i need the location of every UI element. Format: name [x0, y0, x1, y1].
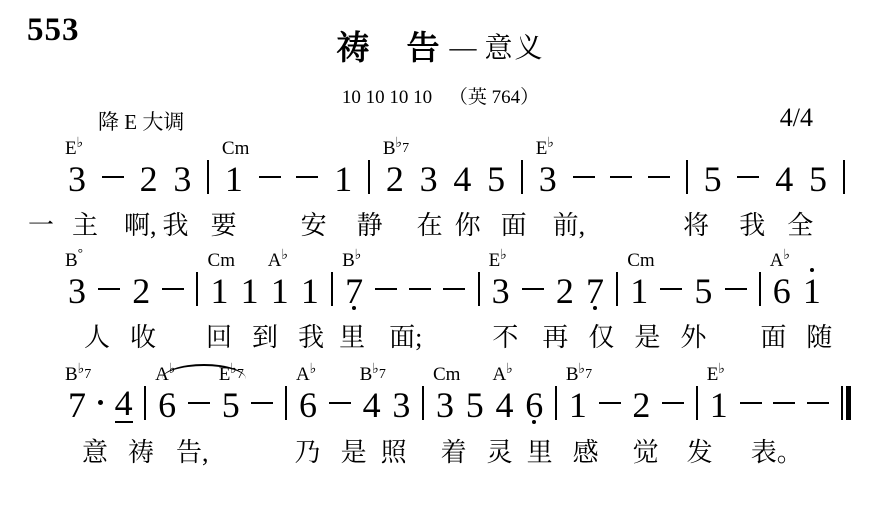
note-token: 5	[487, 161, 505, 197]
flat-sign: ♭	[282, 248, 289, 263]
chord-root: E	[536, 138, 548, 159]
dash-token	[329, 402, 351, 404]
note-token: 3B°	[68, 273, 86, 309]
chord-root: m	[220, 250, 235, 271]
lyric-char: 我	[163, 210, 189, 241]
dash-token	[807, 402, 829, 404]
note-token: 1	[301, 273, 319, 309]
note-token: 2B♭7	[386, 161, 404, 197]
chord-root: C	[433, 364, 446, 385]
final-barline-thick	[846, 386, 851, 420]
note-token: 1E♭	[710, 387, 728, 423]
dash-token	[740, 402, 762, 404]
note-token: 1	[803, 273, 821, 309]
lyric-char: 面	[501, 210, 527, 241]
dash-token	[162, 288, 184, 290]
chord-label: Cm	[433, 365, 460, 384]
note-token: 3E♭	[539, 161, 557, 197]
note-token: 3	[173, 161, 191, 197]
chord-number: 7	[237, 367, 244, 382]
barline	[555, 386, 557, 420]
chord-label: B♭7	[566, 363, 592, 384]
note-token: 1	[334, 161, 352, 197]
barline	[616, 272, 618, 306]
flat-sign: ♭	[500, 248, 507, 263]
chord-root: A	[493, 364, 507, 385]
lyric-char: 前,	[553, 210, 586, 241]
octave-dot	[593, 306, 597, 310]
lyric-char: 表。	[751, 437, 803, 468]
note-token: 6A♭	[773, 273, 791, 309]
note-token: 5	[694, 273, 712, 309]
octave-dot	[352, 306, 356, 310]
flat-sign: ♭	[547, 136, 554, 151]
chord-root: B	[65, 364, 78, 385]
dash-token	[662, 402, 684, 404]
chord-root: C	[208, 250, 221, 271]
chord-root: E	[65, 138, 77, 159]
barline	[686, 160, 688, 194]
flat-sign: ♭	[372, 362, 379, 377]
dash-token	[443, 288, 465, 290]
dash-token	[737, 176, 759, 178]
dash-token	[648, 176, 670, 178]
dash-token	[409, 288, 431, 290]
lyric-char: 啊,	[124, 210, 157, 241]
note-token: 7B♭	[345, 273, 363, 309]
note-token: 4	[775, 161, 793, 197]
note-token: 1B♭7	[569, 387, 587, 423]
note-token: 1A♭	[271, 273, 289, 309]
note-token: 1Cm	[630, 273, 648, 309]
chord-root: B	[65, 250, 78, 271]
note-token: 4	[453, 161, 471, 197]
dash-token	[773, 402, 795, 404]
chord-root: B	[360, 364, 373, 385]
verse-number: 一	[28, 210, 54, 241]
chord-root: B	[383, 138, 396, 159]
chord-label: E♭7	[219, 363, 244, 384]
dash-token	[188, 402, 210, 404]
lyric-char: 到	[252, 322, 278, 353]
chord-label: E♭	[536, 137, 554, 158]
note-token: 1	[241, 273, 259, 309]
chord-label: B♭7	[65, 363, 91, 384]
time-signature: 4/4	[780, 103, 813, 133]
dash-token	[599, 402, 621, 404]
dash-token	[522, 288, 544, 290]
music-line-2: 3B°21Cm11A♭17B♭3E♭271Cm56A♭1	[68, 272, 821, 309]
note-token: 6A♭	[158, 387, 176, 423]
diminished-sign: °	[78, 245, 83, 260]
lyric-char: 收	[130, 322, 156, 353]
chord-label: A♭	[493, 363, 513, 384]
lyric-char: 着	[441, 437, 467, 468]
lyric-char: 告,	[176, 437, 209, 468]
chord-label: B♭7	[383, 137, 409, 158]
chord-root: m	[235, 138, 250, 159]
meter-line: 10 10 10 10 （英 764）	[0, 82, 881, 109]
final-barline	[841, 386, 851, 420]
augmentation-dot	[98, 400, 103, 405]
chord-root: m	[446, 364, 461, 385]
lyric-line-2: 人收回到我里面;不再仅是外面随	[28, 322, 832, 353]
lyric-char: 是	[634, 322, 660, 353]
dash-token	[251, 402, 273, 404]
chord-root: C	[222, 138, 235, 159]
chord-root: C	[627, 250, 640, 271]
chord-number: 7	[402, 141, 409, 156]
flat-sign: ♭	[506, 362, 513, 377]
lyric-line-3: 意祷告,乃是照着灵里感觉发表。	[28, 437, 803, 468]
music-line-1: 3E♭231Cm12B♭73453E♭545	[68, 160, 845, 197]
flat-sign: ♭	[310, 362, 317, 377]
chord-root: A	[770, 250, 784, 271]
note-token: 2	[632, 387, 650, 423]
lyric-char: 人	[84, 322, 110, 353]
chord-label: E♭	[707, 363, 725, 384]
note-token: 2	[132, 273, 150, 309]
music-line-3: 7B♭746A♭5E♭76A♭4B♭733Cm54A♭61B♭721E♭	[68, 386, 851, 423]
note-token: 6	[525, 387, 543, 423]
chord-label: Cm	[208, 251, 235, 270]
note-token: 5	[809, 161, 827, 197]
note-token: 4A♭	[496, 387, 514, 423]
barline	[196, 272, 198, 306]
lyric-char: 外	[680, 322, 706, 353]
note-token: 2	[140, 161, 158, 197]
lyric-char: 不	[492, 322, 518, 353]
barline	[478, 272, 480, 306]
lyric-char: 在	[417, 210, 443, 241]
dash-token	[296, 176, 318, 178]
dash-token	[610, 176, 632, 178]
chord-number: 7	[84, 367, 91, 382]
chord-number: 7	[379, 367, 386, 382]
chord-label: Cm	[222, 139, 249, 158]
lyric-char: 面	[760, 322, 786, 353]
note-token: 5	[704, 161, 722, 197]
lyric-char: 觉	[633, 437, 659, 468]
lyric-char: 随	[806, 322, 832, 353]
key-signature: 降 E 大调	[98, 106, 184, 136]
note-token: 2	[556, 273, 574, 309]
note-token: 1Cm	[211, 273, 229, 309]
note-token: 3E♭	[68, 161, 86, 197]
note-token: 4B♭7	[363, 387, 381, 423]
lyric-char: 将	[683, 210, 709, 241]
chord-root: B	[566, 364, 579, 385]
barline	[368, 160, 370, 194]
lyric-char: 我	[739, 210, 765, 241]
dash-token	[375, 288, 397, 290]
dash-token	[660, 288, 682, 290]
lyric-char: 要	[211, 210, 237, 241]
lyric-char: 照	[381, 437, 407, 468]
dash-token	[98, 288, 120, 290]
title-subtitle: 意义	[484, 33, 544, 64]
note-token: 3Cm	[436, 387, 454, 423]
hymn-reference: （英 764）	[449, 87, 539, 108]
note-token: 7	[586, 273, 604, 309]
lyric-char: 是	[341, 437, 367, 468]
lyric-char: 你	[455, 210, 481, 241]
title-separator: —	[449, 32, 476, 62]
chord-root: A	[296, 364, 310, 385]
chord-label: A♭	[296, 363, 316, 384]
note-token: 3E♭	[492, 273, 510, 309]
lyric-char: 全	[787, 210, 813, 241]
lyric-line-1: 一主啊,我要安静在你面前,将我全	[28, 210, 813, 241]
meter-text: 10 10 10 10	[342, 87, 432, 108]
octave-dot	[532, 420, 536, 424]
octave-dot	[810, 268, 814, 272]
barline	[843, 160, 845, 194]
dash-token	[725, 288, 747, 290]
chord-label: A♭	[268, 249, 288, 270]
chord-label: E♭	[489, 249, 507, 270]
chord-label: B♭7	[360, 363, 386, 384]
flat-sign: ♭	[718, 362, 725, 377]
note-token: 4	[115, 385, 133, 423]
note-token: 3	[392, 387, 410, 423]
chord-label: B♭	[342, 249, 361, 270]
barline	[207, 160, 209, 194]
flat-sign: ♭	[77, 136, 84, 151]
chord-number: 7	[585, 367, 592, 382]
barline	[696, 386, 698, 420]
chord-root: m	[640, 250, 655, 271]
chord-root: E	[707, 364, 719, 385]
lyric-char: 静	[357, 210, 383, 241]
note-token: 1Cm	[225, 161, 243, 197]
barline	[759, 272, 761, 306]
title-bar: 祷 告 — 意义	[0, 22, 881, 69]
flat-sign: ♭	[355, 248, 362, 263]
lyric-char: 仅	[588, 322, 614, 353]
chord-root: A	[268, 250, 282, 271]
barline	[422, 386, 424, 420]
barline	[521, 160, 523, 194]
lyric-char: 乃	[295, 437, 321, 468]
lyric-char: 面;	[389, 322, 422, 353]
flat-sign: ♭	[783, 248, 790, 263]
lyric-char: 意	[82, 437, 108, 468]
note-token: 5E♭7	[222, 387, 240, 423]
dash-token	[573, 176, 595, 178]
lyric-char: 我	[298, 322, 324, 353]
lyric-char: 主	[72, 210, 98, 241]
sheet-page: 553 祷 告 — 意义 10 10 10 10 （英 764） 降 E 大调 …	[0, 0, 881, 507]
flat-sign: ♭	[230, 362, 237, 377]
chord-root: B	[342, 250, 355, 271]
dash-token	[259, 176, 281, 178]
lyric-char: 里	[339, 322, 365, 353]
lyric-char: 感	[573, 437, 599, 468]
note-token: 6A♭	[299, 387, 317, 423]
chord-root: E	[219, 364, 231, 385]
lyric-char: 发	[687, 437, 713, 468]
barline	[144, 386, 146, 420]
lyric-char: 里	[527, 437, 553, 468]
note-token: 5	[466, 387, 484, 423]
lyric-char: 回	[206, 322, 232, 353]
chord-label: B°	[65, 246, 83, 270]
note-token: 3	[420, 161, 438, 197]
lyric-char: 再	[542, 322, 568, 353]
final-barline-thin	[841, 386, 843, 420]
hymn-title: 祷 告	[336, 31, 441, 67]
chord-label: E♭	[65, 137, 83, 158]
chord-label: A♭	[770, 249, 790, 270]
lyric-char: 灵	[487, 437, 513, 468]
chord-label: Cm	[627, 251, 654, 270]
barline	[285, 386, 287, 420]
barline	[331, 272, 333, 306]
note-token: 7B♭7	[68, 387, 86, 423]
lyric-char: 安	[301, 210, 327, 241]
lyric-char: 祷	[128, 437, 154, 468]
dash-token	[102, 176, 124, 178]
chord-root: E	[489, 250, 501, 271]
